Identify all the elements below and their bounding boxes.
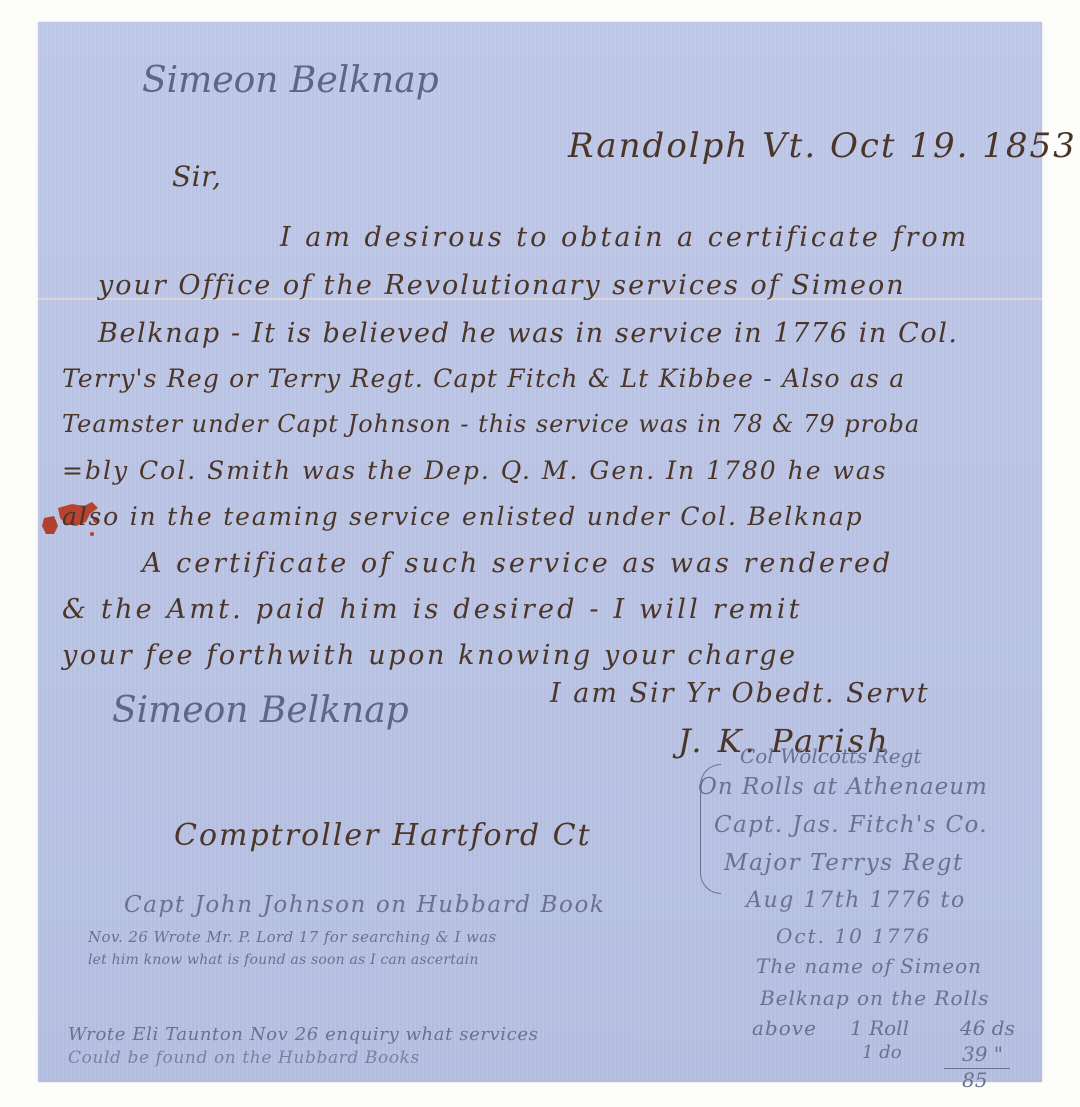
subject-name: Simeon Belknap — [112, 690, 409, 731]
letter-line: Belknap - It is believed he was in servi… — [98, 318, 959, 349]
place-date: Randolph Vt. Oct 19. 1853 — [568, 126, 1077, 166]
roll-note-line: Col Wolcotts Regt — [740, 744, 921, 768]
tally-value: 39 " — [962, 1042, 1003, 1066]
letter-line: your Office of the Revolutionary service… — [98, 270, 906, 301]
letter-line: I am desirous to obtain a certificate fr… — [280, 222, 969, 253]
letter-line: Terry's Reg or Terry Regt. Capt Fitch & … — [62, 364, 905, 393]
tally-value: 46 ds — [960, 1016, 1015, 1040]
closing: I am Sir Yr Obedt. Servt — [550, 678, 930, 709]
service-dates: Aug 17th 1776 to — [746, 888, 966, 913]
letter-line: also in the teaming service enlisted und… — [62, 502, 863, 531]
addressee: Comptroller Hartford Ct — [174, 818, 592, 853]
salutation: Sir, — [172, 160, 221, 193]
roll-note-line: Capt. Jas. Fitch's Co. — [714, 812, 988, 838]
letter-line: your fee forthwith upon knowing your cha… — [62, 640, 798, 671]
letter-line: & the Amt. paid him is desired - I will … — [62, 594, 803, 625]
letter-line: =bly Col. Smith was the Dep. Q. M. Gen. … — [62, 456, 888, 485]
bottom-note-line: Could be found on the Hubbard Books — [68, 1048, 420, 1068]
roll-note-line: On Rolls at Athenaeum — [698, 774, 988, 800]
tally-label: 1 Roll — [850, 1016, 909, 1040]
name-on-rolls-line: Belknap on the Rolls — [760, 986, 990, 1010]
name-on-rolls-line: The name of Simeon — [756, 954, 982, 978]
johnson-note-line: let him know what is found as soon as I … — [88, 952, 479, 968]
tally-label: 1 do — [862, 1042, 902, 1063]
docket-name: Simeon Belknap — [142, 60, 439, 101]
letter-paper: Simeon Belknap Randolph Vt. Oct 19. 1853… — [38, 22, 1042, 1082]
letter-line: Teamster under Capt Johnson - this servi… — [62, 410, 920, 438]
roll-note-line: Major Terrys Regt — [724, 850, 964, 876]
service-dates: Oct. 10 1776 — [776, 924, 931, 948]
johnson-note-line: Nov. 26 Wrote Mr. P. Lord 17 for searchi… — [88, 928, 497, 946]
tally-total: 85 — [962, 1068, 987, 1092]
name-on-rolls-line: above — [752, 1016, 817, 1040]
letter-line: A certificate of such service as was ren… — [142, 548, 893, 579]
johnson-note-line: Capt John Johnson on Hubbard Book — [124, 892, 605, 918]
bottom-note-line: Wrote Eli Taunton Nov 26 enquiry what se… — [68, 1024, 538, 1045]
